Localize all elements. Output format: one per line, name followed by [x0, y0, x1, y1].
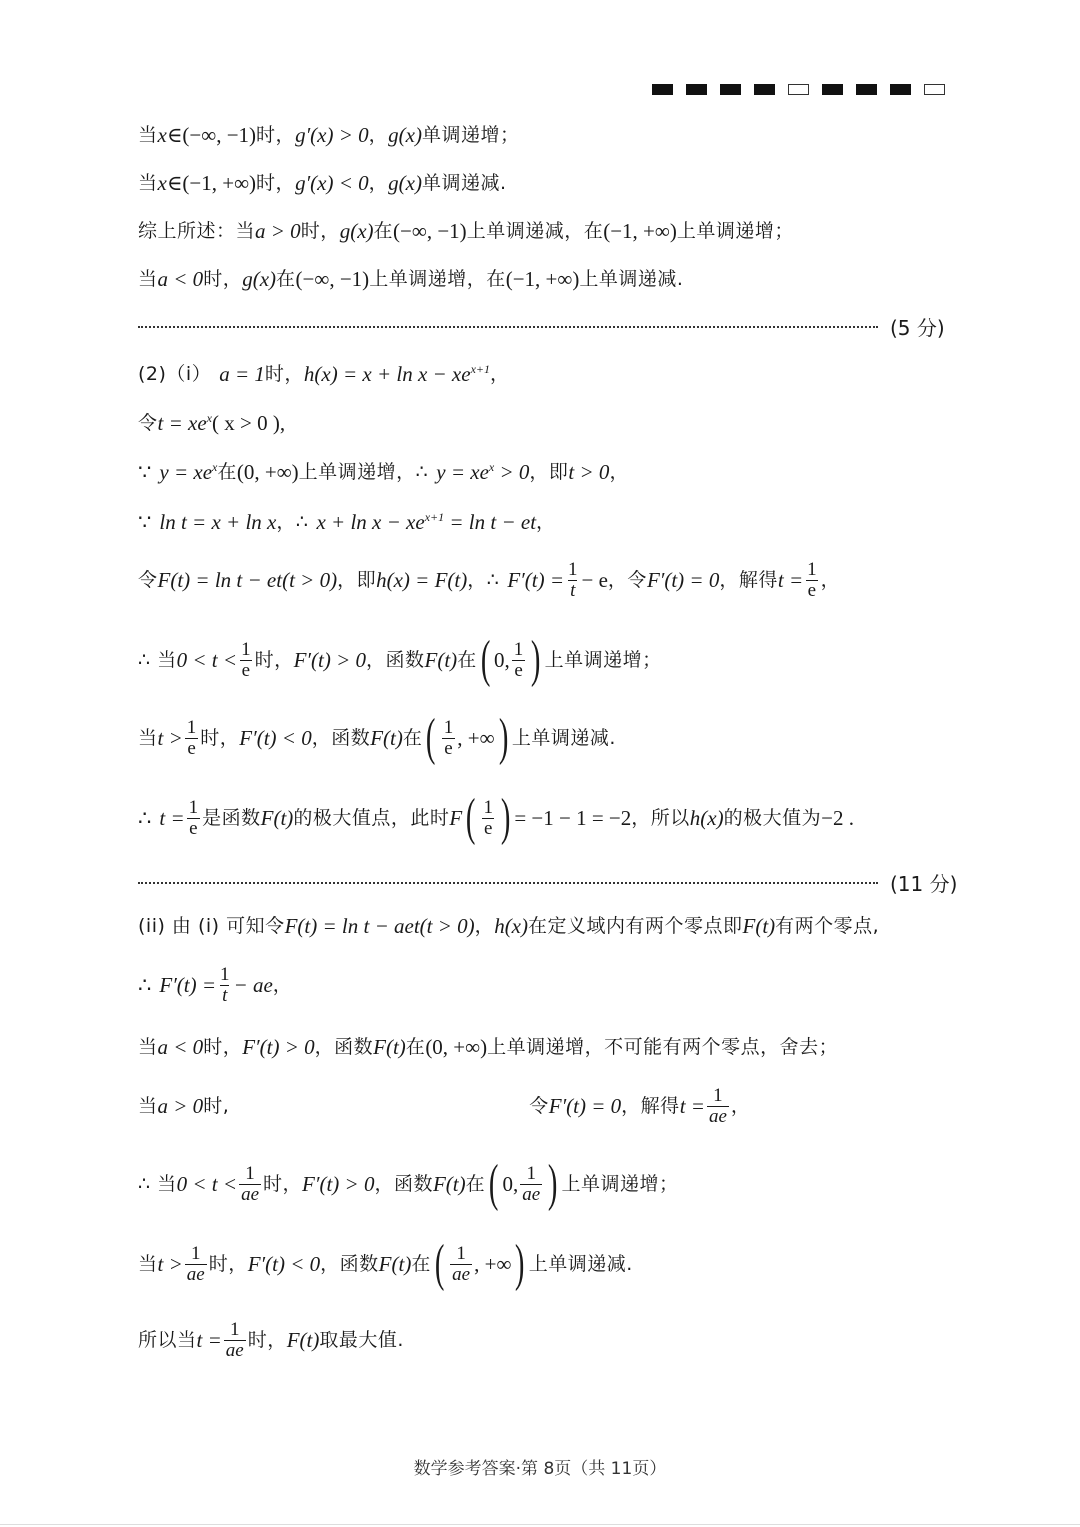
math: , +∞ [457, 725, 494, 751]
math: F′(t) = [159, 972, 216, 998]
text: 上单调递增，在 [369, 266, 506, 292]
fraction: 1e [185, 718, 199, 759]
fraction: 1ae [185, 1244, 207, 1285]
text: ，函数 [312, 725, 371, 751]
fraction: 1e [442, 718, 456, 759]
text: ， [369, 170, 389, 196]
math: F′(t) > 0 [302, 1171, 374, 1197]
math: − e [582, 567, 608, 593]
marker-filled [856, 84, 877, 95]
math: ∈(−∞, −1) [167, 122, 256, 148]
because-symbol: ∵ [138, 459, 151, 485]
solution-line: ∴ F′(t) = 1t − ae ， [138, 963, 292, 1007]
math: F′(t) > 0 [242, 1034, 314, 1060]
solution-line: 当 t > 1e 时， F′(t) < 0 ，函数 F(t) 在 ( 1e , … [138, 712, 616, 764]
text: ∴ 当 [138, 1171, 177, 1197]
text: ，∴ [276, 509, 308, 535]
text: ，即 [337, 567, 376, 593]
text: 时， [256, 122, 295, 148]
text: (ii) 由 (i) 可知令 [138, 913, 285, 939]
text: ， [475, 913, 495, 939]
text: ，函数 [374, 1171, 433, 1197]
text: ，函数 [315, 1034, 374, 1060]
math: F′(t) = [507, 567, 564, 593]
math: (−1, +∞) [506, 266, 580, 292]
text: 时， [255, 647, 294, 673]
solution-line: ∴ 当 0 < t < 1ae 时， F′(t) > 0 ，函数 F(t) 在 … [138, 1158, 679, 1210]
math: (0, +∞) [237, 459, 299, 485]
solution-line: 综上所述：当 a > 0 时， g(x) 在 (−∞, −1) 上单调递减，在 … [138, 218, 794, 244]
text: 时， [203, 1034, 242, 1060]
solution-line: ∴ 当 0 < t < 1e 时， F′(t) > 0 ，函数 F(t) 在 (… [138, 634, 662, 686]
math: F′(t) < 0 [248, 1251, 320, 1277]
text: 时， [263, 1171, 302, 1197]
marker-empty [788, 84, 809, 95]
text: 在 [411, 1251, 431, 1277]
text: 时， [265, 361, 304, 387]
math: F(t) [373, 1034, 406, 1060]
math: t = [778, 567, 803, 593]
answer-page: 当 x ∈(−∞, −1) 时， g′(x) > 0 ， g(x) 单调递增； … [0, 0, 1080, 1527]
math: a < 0 [158, 266, 204, 292]
text: 在 [217, 459, 237, 485]
solution-line: ∵ y = xex 在 (0, +∞) 上单调递增，∴ y = xex > 0 … [138, 459, 629, 485]
fraction: 1t [218, 965, 232, 1006]
text: 在定义域内有两个零点即 [528, 913, 743, 939]
math: (−∞, −1) [296, 266, 370, 292]
text: 时， [248, 1327, 287, 1353]
therefore-symbol: ∴ [138, 805, 151, 831]
math: (−∞, −1) [393, 218, 467, 244]
right-paren: ) [548, 1158, 558, 1210]
math: 0 < t < [177, 1171, 237, 1197]
text: ，函数 [366, 647, 425, 673]
math: h(x) = x + ln x − xex+1 [304, 361, 490, 387]
left-paren: ( [435, 1238, 445, 1290]
part-label: (2)（i） [138, 361, 211, 387]
solution-line: 当 a < 0 时， g(x) 在 (−∞, −1) 上单调递增，在 (−1, … [138, 266, 683, 292]
fraction: 1e [481, 798, 495, 839]
right-paren: ) [498, 712, 508, 764]
fraction: 1e [512, 640, 526, 681]
text: 上单调递增，∴ [299, 459, 429, 485]
fraction: 1ae [450, 1244, 472, 1285]
math: F [449, 805, 462, 831]
text: 单调递增； [422, 122, 520, 148]
math: F(t) [261, 805, 294, 831]
math: g(x) [388, 122, 422, 148]
right-paren: ) [531, 634, 541, 686]
math: F(t) [287, 1327, 320, 1353]
marker-filled [890, 84, 911, 95]
math: x [158, 122, 167, 148]
math: h(x) = F(t) [376, 567, 467, 593]
text: 在 [466, 1171, 486, 1197]
math: a = 1 [219, 361, 265, 387]
text: 令 [138, 410, 158, 436]
text: 取最大值. [319, 1327, 404, 1353]
left-paren: ( [489, 1158, 499, 1210]
fraction: 1t [566, 560, 580, 601]
math: y = xex [159, 459, 217, 485]
text: ， [731, 1093, 751, 1119]
math: ∈(−1, +∞) [167, 170, 256, 196]
text: 的极大值点，此时 [293, 805, 449, 831]
solution-line: 当 t > 1ae 时， F′(t) < 0 ，函数 F(t) 在 ( 1ae … [138, 1238, 633, 1290]
math: a > 0 [255, 218, 301, 244]
math: g′(x) < 0 [295, 170, 369, 196]
text: 在 [457, 647, 477, 673]
text: 上单调递增，不可能有两个零点，舍去； [487, 1034, 838, 1060]
left-paren: ( [426, 712, 436, 764]
fraction: 1e [239, 640, 253, 681]
text: 令 [529, 1093, 549, 1119]
page-footer: 数学参考答案·第 8页（共 11页） [0, 1454, 1080, 1479]
text: 时， [209, 1251, 248, 1277]
text: ， [821, 567, 841, 593]
text: 所以当 [138, 1327, 197, 1353]
math: F′(t) < 0 [239, 725, 311, 751]
text: 上单调递增； [677, 218, 794, 244]
bottom-divider [0, 1524, 1080, 1525]
text: 在 [276, 266, 296, 292]
right-paren: ) [501, 792, 511, 844]
math: ( x > 0 ), [212, 410, 285, 436]
text: 上单调递减. [512, 725, 616, 751]
text: ，函数 [320, 1251, 379, 1277]
solution-line: 当 a < 0 时， F′(t) > 0 ，函数 F(t) 在 (0, +∞) … [138, 1034, 838, 1060]
solution-line: (2)（i） a = 1 时， h(x) = x + ln x − xex+1 … [138, 361, 510, 387]
text: 时， [200, 725, 239, 751]
fraction: 1ae [520, 1164, 542, 1205]
text: 上单调递减，在 [467, 218, 604, 244]
math: g(x) [242, 266, 276, 292]
math: F(t) [743, 913, 776, 939]
solution-line: 令 t = xex ( x > 0 ), [138, 410, 285, 436]
math: h(x) [494, 913, 528, 939]
text: ， [273, 972, 293, 998]
math: − ae [234, 972, 273, 998]
text: 的极大值为 [724, 805, 822, 831]
math: F(t) [433, 1171, 466, 1197]
math: F(t) = ln t − et(t > 0) [158, 567, 338, 593]
solution-line: ∵ ln t = x + ln x ，∴ x + ln x − xex+1 = … [138, 509, 556, 535]
math: a < 0 [158, 1034, 204, 1060]
math: a > 0 [158, 1093, 204, 1119]
text: 在 [403, 725, 423, 751]
marker-filled [822, 84, 843, 95]
text: 当 [138, 1034, 158, 1060]
solution-line: (ii) 由 (i) 可知令 F(t) = ln t − aet(t > 0) … [138, 913, 879, 939]
math: 0 < t < [177, 647, 237, 673]
math: ln t = x + ln x [159, 509, 276, 535]
math: x + ln x − xex+1 = ln t − et [316, 509, 536, 535]
text: ， [369, 122, 389, 148]
solution-line: 当 a > 0 时, 令 F′(t) = 0 ，解得 t = 1ae ， [138, 1084, 818, 1128]
math: t = [680, 1093, 705, 1119]
text: ， [609, 459, 629, 485]
marker-filled [686, 84, 707, 95]
marker-filled [754, 84, 775, 95]
therefore-symbol: ∴ [138, 972, 151, 998]
text: 有两个零点, [775, 913, 879, 939]
math: F(t) [370, 725, 403, 751]
math: h(x) [690, 805, 724, 831]
text: 当 [138, 725, 158, 751]
text: ，解得 [719, 567, 778, 593]
score-label: (11 分) [890, 868, 957, 897]
right-paren: ) [515, 1238, 525, 1290]
math: (−1, +∞) [603, 218, 677, 244]
text: 综上所述：当 [138, 218, 255, 244]
marker-filled [652, 84, 673, 95]
math: 0, [494, 647, 510, 673]
text: ∴ 当 [138, 647, 177, 673]
math: (0, +∞) [425, 1034, 487, 1060]
math: t = [159, 805, 184, 831]
text: 当 [138, 1093, 158, 1119]
math: F′(t) > 0 [294, 647, 366, 673]
text: ，令 [608, 567, 647, 593]
text: 令 [138, 567, 158, 593]
math: g(x) [340, 218, 374, 244]
text: ， [536, 509, 556, 535]
solution-line: 所以当 t = 1ae 时， F(t) 取最大值. [138, 1318, 404, 1362]
text: 当 [138, 122, 158, 148]
solution-line: 当 x ∈(−∞, −1) 时， g′(x) > 0 ， g(x) 单调递增； [138, 122, 519, 148]
math: x [158, 170, 167, 196]
math: F(t) [379, 1251, 412, 1277]
solution-line: 令 F(t) = ln t − et(t > 0) ，即 h(x) = F(t)… [138, 558, 840, 602]
text: 是函数 [202, 805, 261, 831]
fraction: 1ae [239, 1164, 261, 1205]
math: y = xex > 0 [436, 459, 529, 485]
math: F′(t) = 0 [549, 1093, 621, 1119]
text: 当 [138, 170, 158, 196]
math: t = xex [158, 410, 212, 436]
math: t > [158, 725, 183, 751]
fraction: 1ae [707, 1086, 729, 1127]
text: 在 [406, 1034, 426, 1060]
solution-line: ∴ t = 1e 是函数 F(t) 的极大值点，此时 F ( 1e ) = −1… [138, 792, 854, 844]
left-paren: ( [481, 634, 491, 686]
fraction: 1e [187, 798, 201, 839]
page-marker-strip [652, 84, 945, 95]
math: 0, [502, 1171, 518, 1197]
text: 当 [138, 1251, 158, 1277]
dotted-leader [138, 878, 878, 884]
math: , +∞ [474, 1251, 511, 1277]
text: 在 [374, 218, 394, 244]
text: 当 [138, 266, 158, 292]
text: 时, [203, 1093, 229, 1119]
solution-line: 当 x ∈(−1, +∞) 时， g′(x) < 0 ， g(x) 单调递减. [138, 170, 507, 196]
math: F′(t) = 0 [647, 567, 719, 593]
fraction: 1ae [224, 1320, 246, 1361]
text: 上单调递增； [545, 647, 662, 673]
math: t = [197, 1327, 222, 1353]
marker-filled [720, 84, 741, 95]
text: ，所以 [631, 805, 690, 831]
text: ，解得 [621, 1093, 680, 1119]
math: t > [158, 1251, 183, 1277]
text: 时， [203, 266, 242, 292]
text: 上单调递减. [529, 1251, 633, 1277]
math: = −1 − 1 = −2 [514, 805, 631, 831]
score-label: (5 分) [890, 312, 945, 341]
text: 单调递减. [422, 170, 507, 196]
dotted-leader [138, 322, 878, 328]
fraction: 1e [805, 560, 819, 601]
text: 上单调递减. [579, 266, 683, 292]
text: 时， [301, 218, 340, 244]
math: g′(x) > 0 [295, 122, 369, 148]
text: 上单调递增； [561, 1171, 678, 1197]
because-symbol: ∵ [138, 509, 151, 535]
math: F(t) = ln t − aet(t > 0) [285, 913, 475, 939]
math: g(x) [388, 170, 422, 196]
text: ， [490, 361, 510, 387]
math: F(t) [425, 647, 458, 673]
math: t > 0 [568, 459, 609, 485]
text: ，即 [529, 459, 568, 485]
marker-empty [924, 84, 945, 95]
left-paren: ( [466, 792, 476, 844]
text: 时， [256, 170, 295, 196]
text: ，∴ [467, 567, 499, 593]
math: −2 . [821, 805, 854, 831]
